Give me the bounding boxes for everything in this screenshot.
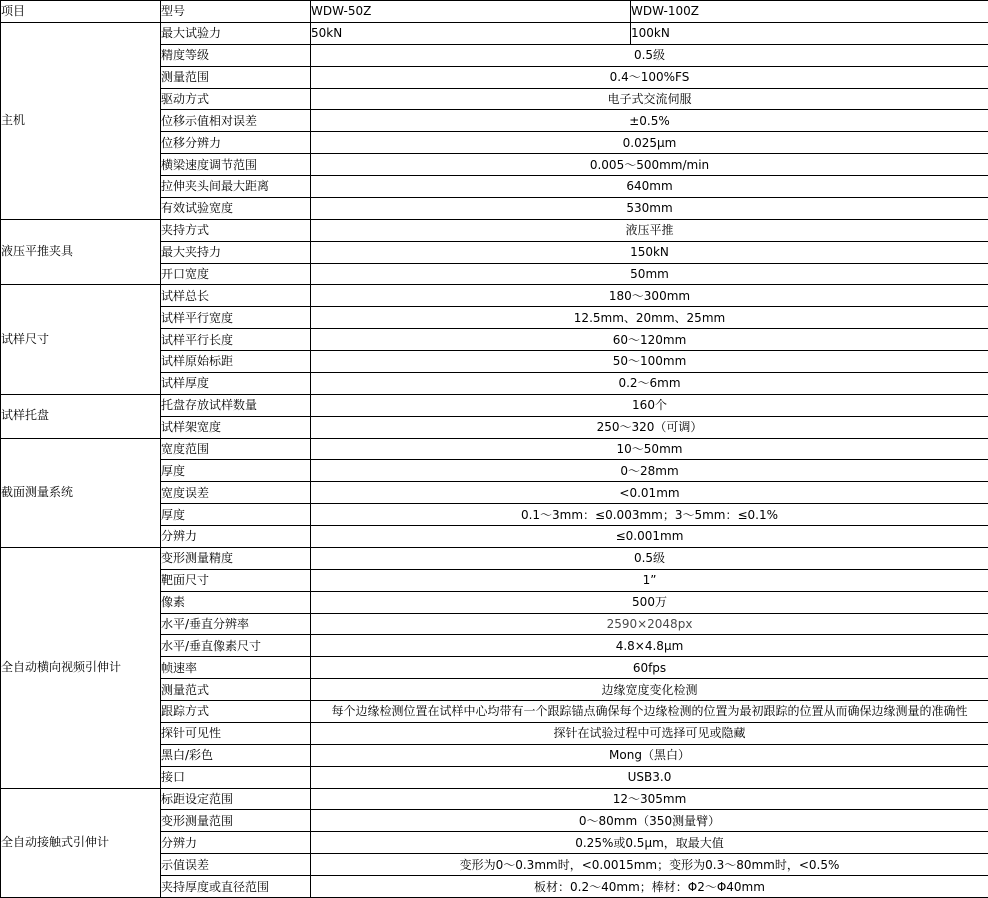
spec-value-cell: 4.8×4.8μm <box>311 635 988 657</box>
spec-label-cell: 拉伸夹头间最大距离 <box>161 176 311 198</box>
category-cell: 全自动接触式引伸计 <box>1 788 161 898</box>
category-cell: 试样托盘 <box>1 394 161 438</box>
spec-label-cell: 最大夹持力 <box>161 241 311 263</box>
spec-row: 试样尺寸试样总长180～300mm <box>1 285 988 307</box>
spec-value-cell: 50～100mm <box>311 351 988 373</box>
spec-value-cell: ±0.5% <box>311 110 988 132</box>
spec-value-cell: USB3.0 <box>311 766 988 788</box>
spec-label-cell: 试样平行宽度 <box>161 307 311 329</box>
spec-value-cell: 0.2～6mm <box>311 372 988 394</box>
spec-value-cell: 60fps <box>311 657 988 679</box>
spec-label-cell: 夹持厚度或直径范围 <box>161 876 311 898</box>
category-label: 全自动接触式引伸计 <box>1 832 160 854</box>
spec-label-cell: 最大试验力 <box>161 22 311 44</box>
spec-value-cell: 每个边缘检测位置在试样中心均带有一个跟踪锚点确保每个边缘检测的位置为最初跟踪的位… <box>311 701 988 723</box>
category-cell: 试样尺寸 <box>1 285 161 394</box>
spec-value-cell: 电子式交流伺服 <box>311 88 988 110</box>
header-model-a-cell: WDW-50Z <box>311 1 631 23</box>
spec-label-cell: 测量范围 <box>161 66 311 88</box>
spec-label-cell: 像素 <box>161 591 311 613</box>
spec-value-cell: 530mm <box>311 197 988 219</box>
spec-label-cell: 试样架宽度 <box>161 416 311 438</box>
spec-label-cell: 试样平行长度 <box>161 329 311 351</box>
specification-table-body: 项目型号WDW-50ZWDW-100Z主机最大试验力50kN100kN精度等级0… <box>1 1 988 898</box>
spec-label-cell: 横梁速度调节范围 <box>161 154 311 176</box>
spec-label-cell: 靶面尺寸 <box>161 569 311 591</box>
spec-value-cell: 0.25%或0.5μm，取最大值 <box>311 832 988 854</box>
spec-value-cell: Mong（黑白） <box>311 744 988 766</box>
spec-label-cell: 接口 <box>161 766 311 788</box>
spec-label-cell: 试样总长 <box>161 285 311 307</box>
header-row: 项目型号WDW-50ZWDW-100Z <box>1 1 988 23</box>
spec-value-cell: 0.025μm <box>311 132 988 154</box>
spec-label-cell: 试样原始标距 <box>161 351 311 373</box>
spec-value-cell: 2590×2048px <box>311 613 988 635</box>
spec-label-cell: 托盘存放试样数量 <box>161 394 311 416</box>
spec-value-cell: ≤0.001mm <box>311 526 988 548</box>
spec-value-cell: 1” <box>311 569 988 591</box>
category-label: 截面测量系统 <box>1 482 160 504</box>
spec-label-cell: 宽度范围 <box>161 438 311 460</box>
spec-value-cell: 0～80mm（350测量臂） <box>311 810 988 832</box>
spec-label-cell: 厚度 <box>161 460 311 482</box>
spec-value-cell: 12.5mm、20mm、25mm <box>311 307 988 329</box>
spec-row: 全自动横向视频引伸计变形测量精度0.5级 <box>1 547 988 569</box>
model-a-value-cell: 50kN <box>311 22 631 44</box>
spec-value-cell: 边缘宽度变化检测 <box>311 679 988 701</box>
spec-label-cell: 水平/垂直分辨率 <box>161 613 311 635</box>
spec-value-cell: 0.4～100%FS <box>311 66 988 88</box>
spec-label-cell: 位移分辨力 <box>161 132 311 154</box>
spec-value-cell: 0.5级 <box>311 44 988 66</box>
spec-label-cell: 开口宽度 <box>161 263 311 285</box>
category-label: 试样托盘 <box>1 405 160 427</box>
header-model-cell: 型号 <box>161 1 311 23</box>
spec-label-cell: 驱动方式 <box>161 88 311 110</box>
spec-label-cell: 黑白/彩色 <box>161 744 311 766</box>
spec-value-cell: 0～28mm <box>311 460 988 482</box>
category-cell: 全自动横向视频引伸计 <box>1 547 161 788</box>
specification-table: 项目型号WDW-50ZWDW-100Z主机最大试验力50kN100kN精度等级0… <box>0 0 988 898</box>
spec-label-cell: 分辨力 <box>161 832 311 854</box>
spec-value-cell: 0.1～3mm：≤0.003mm；3～5mm：≤0.1% <box>311 504 988 526</box>
spec-label-cell: 帧速率 <box>161 657 311 679</box>
spec-value-cell: 探针在试验过程中可选择可见或隐藏 <box>311 722 988 744</box>
spec-row: 主机最大试验力50kN100kN <box>1 22 988 44</box>
spec-row: 液压平推夹具夹持方式液压平推 <box>1 219 988 241</box>
category-cell: 主机 <box>1 22 161 219</box>
spec-label-cell: 精度等级 <box>161 44 311 66</box>
category-cell: 截面测量系统 <box>1 438 161 547</box>
spec-label-cell: 变形测量精度 <box>161 547 311 569</box>
category-label: 试样尺寸 <box>1 329 160 351</box>
spec-label-cell: 厚度 <box>161 504 311 526</box>
category-label: 液压平推夹具 <box>1 241 160 263</box>
spec-value-cell: <0.01mm <box>311 482 988 504</box>
spec-label-cell: 位移示值相对误差 <box>161 110 311 132</box>
model-b-value-cell: 100kN <box>631 22 988 44</box>
spec-label-cell: 跟踪方式 <box>161 701 311 723</box>
spec-label-cell: 宽度误差 <box>161 482 311 504</box>
header-model-b-cell: WDW-100Z <box>631 1 988 23</box>
spec-label-cell: 夹持方式 <box>161 219 311 241</box>
spec-label-cell: 试样厚度 <box>161 372 311 394</box>
spec-row: 全自动接触式引伸计标距设定范围12～305mm <box>1 788 988 810</box>
spec-label-cell: 分辨力 <box>161 526 311 548</box>
spec-label-cell: 示值误差 <box>161 854 311 876</box>
spec-label-cell: 探针可见性 <box>161 722 311 744</box>
spec-value-cell: 640mm <box>311 176 988 198</box>
spec-value-cell: 0.5级 <box>311 547 988 569</box>
spec-label-cell: 测量范式 <box>161 679 311 701</box>
spec-label-cell: 变形测量范围 <box>161 810 311 832</box>
spec-label-cell: 水平/垂直像素尺寸 <box>161 635 311 657</box>
spec-row: 试样托盘托盘存放试样数量160个 <box>1 394 988 416</box>
category-cell: 液压平推夹具 <box>1 219 161 285</box>
spec-label-cell: 有效试验宽度 <box>161 197 311 219</box>
spec-value-cell: 160个 <box>311 394 988 416</box>
spec-value-cell: 板材：0.2～40mm；棒材：Φ2～Φ40mm <box>311 876 988 898</box>
spec-value-cell: 150kN <box>311 241 988 263</box>
spec-value-cell: 60～120mm <box>311 329 988 351</box>
category-label: 全自动横向视频引伸计 <box>1 657 160 679</box>
spec-value-cell: 10～50mm <box>311 438 988 460</box>
spec-value-cell: 12～305mm <box>311 788 988 810</box>
spec-value-cell: 变形为0～0.3mm时，<0.0015mm；变形为0.3～80mm时，<0.5% <box>311 854 988 876</box>
spec-value-cell: 500万 <box>311 591 988 613</box>
spec-value-cell: 180～300mm <box>311 285 988 307</box>
spec-value-cell: 250～320（可调） <box>311 416 988 438</box>
header-item-cell: 项目 <box>1 1 161 23</box>
category-label: 主机 <box>1 110 160 132</box>
spec-value-cell: 0.005～500mm/min <box>311 154 988 176</box>
spec-label-cell: 标距设定范围 <box>161 788 311 810</box>
spec-value-cell: 液压平推 <box>311 219 988 241</box>
spec-value-cell: 50mm <box>311 263 988 285</box>
spec-row: 截面测量系统宽度范围10～50mm <box>1 438 988 460</box>
